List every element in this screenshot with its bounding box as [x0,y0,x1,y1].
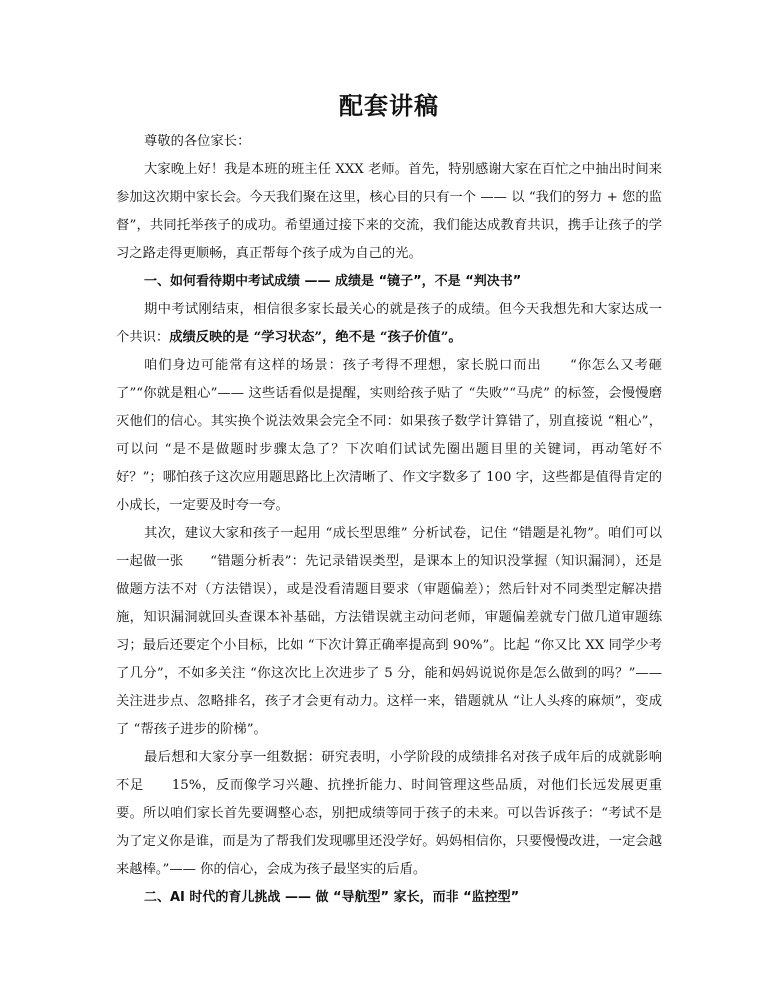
paragraph-consensus: 期中考试刚结束，相信很多家长最关心的就是孩子的成绩。但今天我想先和大家达成一个共… [116,296,662,352]
salutation: 尊敬的各位家长： [116,128,662,156]
section-heading-2: 二、AI 时代的育儿挑战 —— 做 “导航型” 家长，而非 “监控型” [116,884,662,912]
document-page: 配套讲稿 尊敬的各位家长： 大家晚上好！我是本班的班主任 XXX 老师。首先，特… [116,88,662,912]
document-title: 配套讲稿 [116,88,662,124]
bold-emphasis: 成绩反映的是 “学习状态”，绝不是 “孩子价值”。 [169,330,462,345]
paragraph-intro: 大家晚上好！我是本班的班主任 XXX 老师。首先，特别感谢大家在百忙之中抽出时间… [116,156,662,268]
paragraph-growth-mindset: 其次，建议大家和孩子一起用 “成长型思维” 分析试卷，记住 “错题是礼物”。咱们… [116,520,662,744]
paragraph-data: 最后想和大家分享一组数据：研究表明，小学阶段的成绩排名对孩子成年后的成就影响不足… [116,744,662,884]
section-heading-1: 一、如何看待期中考试成绩 —— 成绩是 “镜子”，不是 “判决书” [116,268,662,296]
paragraph-scenario: 咱们身边可能常有这样的场景：孩子考得不理想，家长脱口而出 “你怎么又考砸了”“你… [116,352,662,520]
